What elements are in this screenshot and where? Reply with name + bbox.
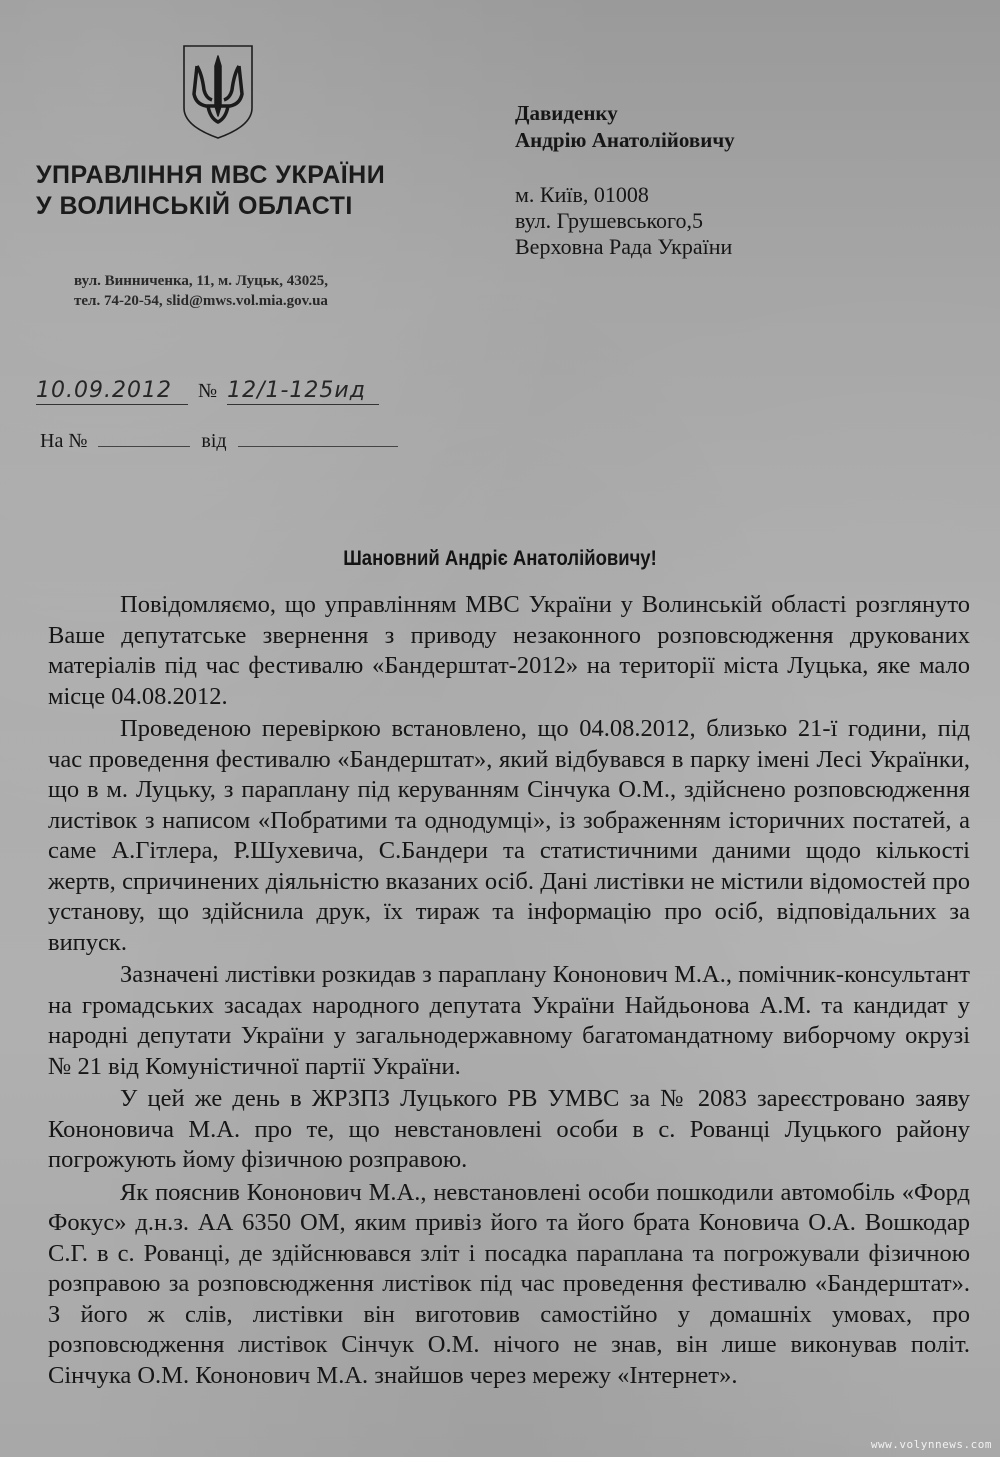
reply-date-blank [238,430,398,447]
recipient-street: вул. Грушевського,5 [515,208,915,234]
watermark: www.volynnews.com [871,1438,992,1451]
org-title-line-2: У ВОЛИНСЬКІЙ ОБЛАСТІ [36,191,456,222]
paragraph: Як пояснив Кононович М.А., невстановлені… [48,1178,970,1392]
organization-title: УПРАВЛІННЯ МВС УКРАЇНИ У ВОЛИНСЬКІЙ ОБЛА… [36,160,456,222]
registration-date: 10.09.2012 [36,378,188,405]
recipient-address: м. Київ, 01008 вул. Грушевського,5 Верхо… [515,182,915,260]
letter-body: Повідомляємо, що управлінням МВС України… [48,590,970,1391]
recipient-name: Андрію Анатолійовичу [515,127,915,154]
reply-number-blank [98,430,190,447]
recipient-city: м. Київ, 01008 [515,182,915,208]
reply-from-label: від [201,430,226,452]
paragraph: Повідомляємо, що управлінням МВС України… [48,590,970,712]
salutation: Шановний Андріє Анатолійовичу! [60,547,940,571]
reply-prefix: На № [40,430,87,452]
org-address-contacts: тел. 74-20-54, slid@mws.vol.mia.gov.ua [74,291,434,311]
trident-emblem-icon [182,44,254,140]
organization-address: вул. Винниченка, 11, м. Луцьк, 43025, те… [74,271,434,311]
registration-line: 10.09.2012 № 12/1-125ид [36,378,456,418]
registration-number: 12/1-125ид [227,378,379,405]
paragraph: У цей же день в ЖРЗПЗ Луцького РВ УМВС з… [48,1084,970,1176]
paragraph: Зазначені листівки розкидав з параплану … [48,960,970,1082]
org-title-line-1: УПРАВЛІННЯ МВС УКРАЇНИ [36,160,456,191]
paragraph: Проведеною перевіркою встановлено, що 04… [48,714,970,958]
number-sign: № [198,380,217,402]
reference-line: На № від [40,430,440,453]
org-address-street: вул. Винниченка, 11, м. Луцьк, 43025, [74,271,434,291]
recipient-institution: Верховна Рада України [515,234,915,260]
recipient-block: Давиденку Андрію Анатолійовичу м. Київ, … [515,100,915,260]
recipient-surname: Давиденку [515,100,915,127]
